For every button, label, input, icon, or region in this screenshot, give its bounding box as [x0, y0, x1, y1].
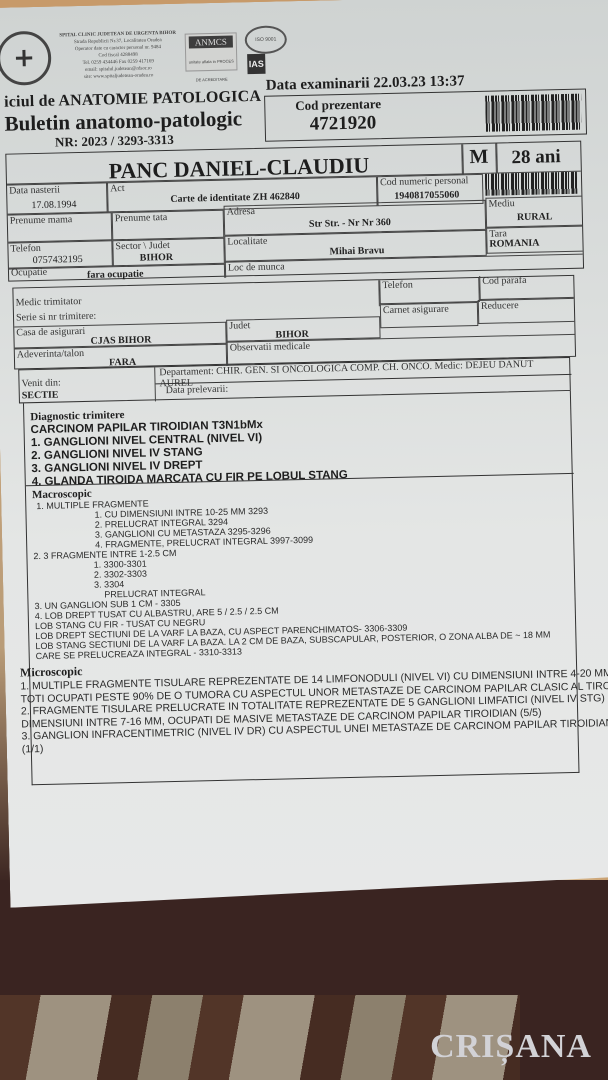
seal-code-cell: Cod parafa	[479, 274, 574, 300]
mother-name-cell: Prenume mama	[8, 212, 113, 242]
referral-county-label: Judet	[229, 320, 250, 331]
occupation-label: Ocupatie	[11, 267, 47, 279]
referral-phone-label: Telefon	[382, 279, 413, 291]
referral-phone-cell: Telefon	[379, 278, 480, 304]
phone-cell: Telefon 0757432195	[8, 240, 113, 268]
referral-table: Medic trimitator Telefon Cod parafa Seri…	[12, 275, 576, 370]
hospital-info: SPITAL CLINIC JUDETEAN DE URGENTA BIHOR …	[53, 30, 184, 82]
county: BIHOR	[140, 252, 174, 264]
act-label: Act	[110, 183, 125, 194]
address: Str Str. - Nr Nr 360	[309, 217, 391, 230]
referral-diagnosis-section: Diagnostic trimitere CARCINOM PAPILAR TI…	[30, 404, 348, 489]
father-name-cell: Prenume tata	[112, 210, 225, 241]
cross-logo-icon: +	[0, 31, 52, 86]
observations-label: Observatii medicale	[230, 341, 310, 354]
anmcs-subtext: unitate aflata in PROCES DE ACREDITARE	[189, 58, 234, 82]
ias-certification-icon: IAS	[247, 54, 265, 74]
discount-cell: Reducere	[478, 298, 575, 324]
insurance-card-cell: Carnet asigurare	[380, 302, 479, 328]
barcode-icon	[485, 94, 582, 132]
occupation-cell: Ocupatie fara ocupatie	[9, 264, 225, 283]
discount-label: Reducere	[481, 300, 519, 312]
sampling-date-label: Data prelevarii:	[166, 384, 229, 396]
county-cell: Sector \ Judet BIHOR	[112, 238, 225, 267]
referral-county: BIHOR	[275, 329, 309, 341]
phone: 0757432195	[33, 254, 83, 266]
patient-age: 28 ani	[511, 146, 561, 169]
country: ROMANIA	[489, 238, 539, 250]
country-cell: Tara ROMANIA	[486, 226, 583, 254]
locality-label: Localitate	[227, 236, 267, 248]
referring-doctor-label: Medic trimitator	[16, 296, 82, 308]
seal-code-label: Cod parafa	[482, 275, 526, 287]
came-from-label: Venit din:	[21, 377, 60, 389]
id-act: Carte de identitate ZH 462840	[170, 191, 300, 205]
anmcs-accreditation-logo: ANMCS unitate aflata in PROCES DE ACREDI…	[185, 32, 238, 71]
microscopic-section: Microscopic 1. MULTIPLE FRAGMENTE TISULA…	[20, 652, 608, 756]
macroscopic-section: Macroscopic 1. MULTIPLE FRAGMENTE 1. CU …	[32, 477, 551, 661]
patient-sex: M	[469, 146, 488, 169]
phone-label: Telefon	[10, 243, 41, 255]
environment-label: Mediu	[488, 198, 514, 210]
came-from: SECTIE	[22, 390, 59, 402]
occupation: fara ocupatie	[87, 269, 144, 281]
environment: RURAL	[517, 211, 553, 223]
certificate-label: Adeverinta/talon	[17, 348, 84, 361]
anmcs-mark: ANMCS	[189, 36, 233, 49]
insurance-card-label: Carnet asigurare	[383, 304, 449, 316]
birth-date-cell: Data nasterii 17.08.1994	[7, 182, 108, 214]
workplace-label: Loc de munca	[228, 261, 285, 273]
iso-certification-icon: ISO 9001	[244, 25, 287, 54]
father-name-label: Prenume tata	[115, 212, 168, 224]
patient-table: PANC DANIEL-CLAUDIU M 28 ani Data naster…	[5, 141, 584, 282]
presentation-code-label: Cod prezentare	[295, 96, 381, 114]
pathology-report-document: + SPITAL CLINIC JUDETEAN DE URGENTA BIHO…	[0, 0, 608, 908]
address-label: Adresa	[227, 206, 256, 218]
barcode-icon	[485, 172, 577, 196]
county-label: Sector \ Judet	[115, 240, 170, 252]
environment-cell: Mediu RURAL	[485, 196, 582, 228]
sex-cell: M	[462, 144, 497, 175]
presentation-code-box: Cod prezentare 4721920	[264, 88, 587, 141]
birth-date: 17.08.1994	[31, 199, 76, 211]
insurer-label: Casa de asigurari	[16, 326, 85, 339]
mother-name-label: Prenume mama	[10, 214, 73, 226]
cnp-label: Cod numeric personal	[380, 175, 469, 188]
watermark-logo: CRIȘANA	[430, 1028, 592, 1066]
locality: Mihai Bravu	[329, 245, 384, 257]
age-cell: 28 ani	[496, 142, 581, 174]
report-body: Diagnostic trimitere CARCINOM PAPILAR TI…	[23, 391, 580, 785]
birth-date-label: Data nasterii	[9, 184, 60, 196]
presentation-code-value: 4721920	[309, 112, 376, 136]
referral-series-label: Serie si nr trimitere:	[16, 311, 96, 324]
bulletin-number: NR: 2023 / 3293-3313	[55, 132, 174, 151]
came-from-cell: Venit din: SECTIE	[19, 367, 156, 404]
